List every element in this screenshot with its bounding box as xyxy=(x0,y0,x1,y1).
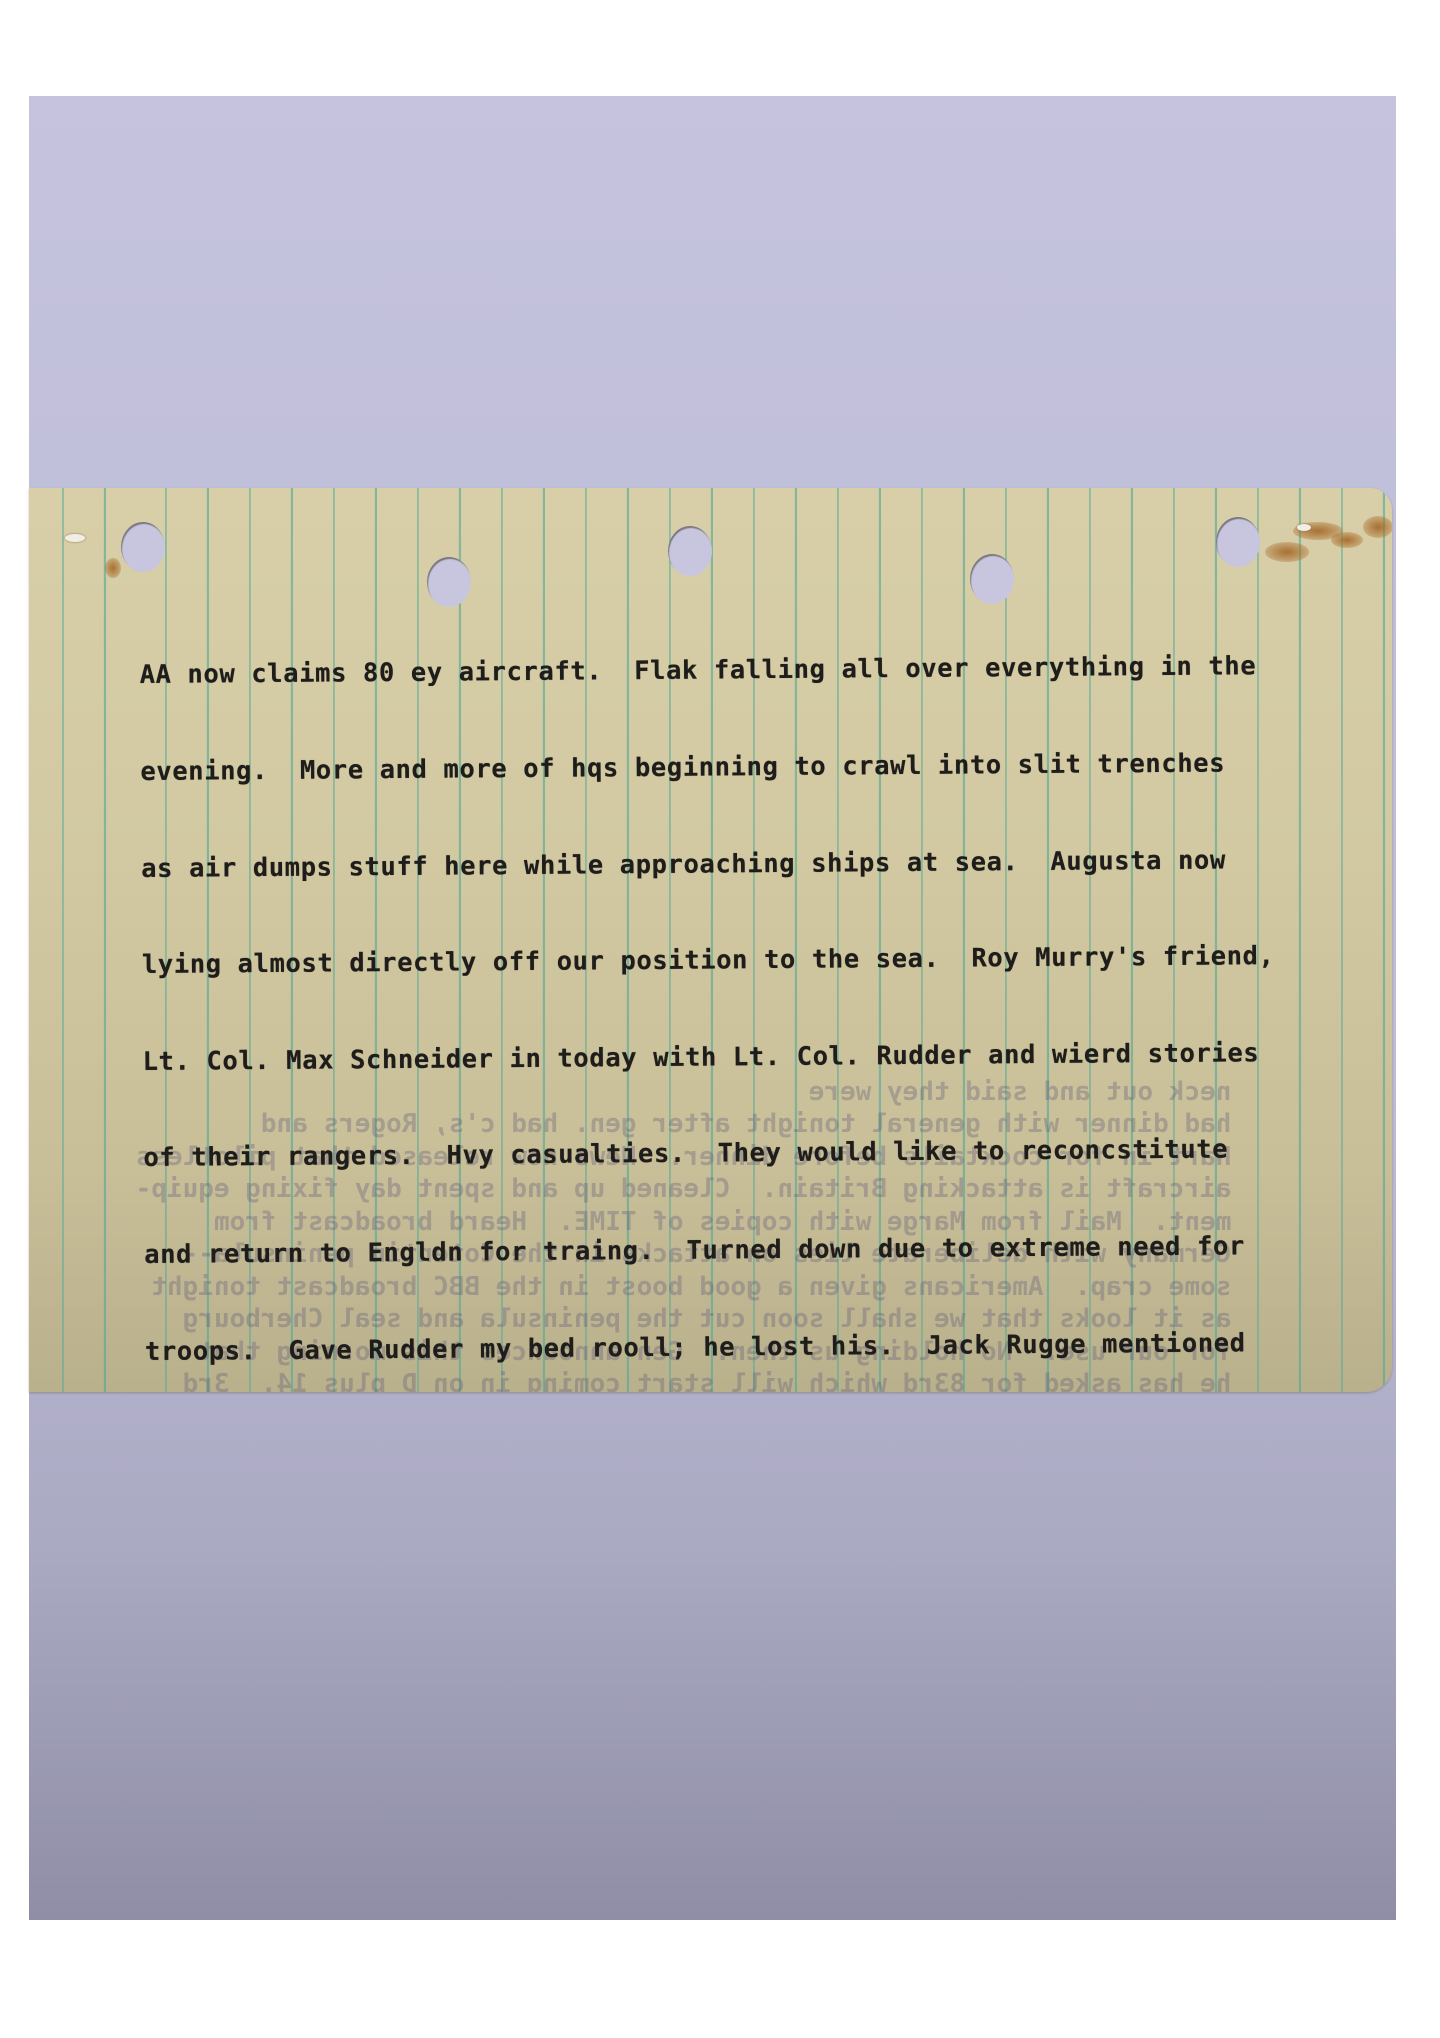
text-line: and return to Engldn for traing. Turned … xyxy=(144,1230,1277,1271)
text-line: lying almost directly off our position t… xyxy=(142,940,1275,981)
punch-hole-icon xyxy=(427,557,471,607)
punch-hole-icon xyxy=(1216,517,1260,567)
text-line: AA now claims 80 ey aircraft. Flak falli… xyxy=(140,651,1273,692)
text-line: of their rangers. Hvy casualties. They w… xyxy=(143,1134,1276,1175)
rust-stain-icon xyxy=(1363,516,1392,538)
typed-diary-entry: AA now claims 80 ey aircraft. Flak falli… xyxy=(139,586,1282,1392)
text-line: evening. More and more of hqs beginning … xyxy=(140,747,1273,788)
index-card: neck out and said they were had dinner w… xyxy=(29,488,1392,1392)
text-line: Lt. Col. Max Schneider in today with Lt.… xyxy=(143,1037,1276,1078)
rust-stain-icon xyxy=(1331,532,1363,548)
punch-hole-icon xyxy=(970,554,1014,604)
punch-hole-icon xyxy=(121,522,165,572)
tear-mark-icon xyxy=(1297,524,1311,531)
rust-stain-icon xyxy=(1265,542,1309,562)
punch-hole-icon xyxy=(668,526,712,576)
text-line: troops. Gave Rudder my bed rooll; he los… xyxy=(145,1327,1278,1368)
rust-stain-icon xyxy=(105,558,121,578)
text-line: as air dumps stuff here while approachin… xyxy=(141,844,1274,885)
tear-mark-icon xyxy=(65,534,85,542)
